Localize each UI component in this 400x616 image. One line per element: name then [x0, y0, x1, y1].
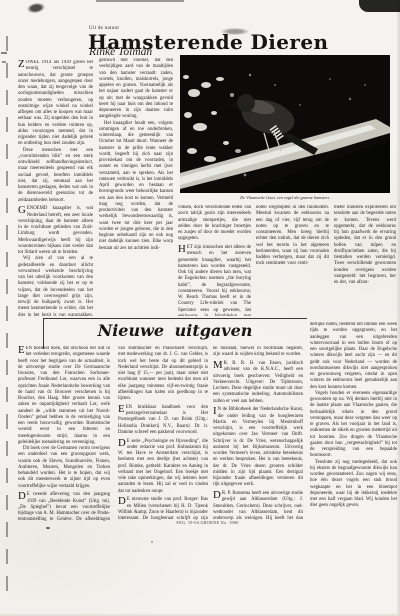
- review-column-a: EEN boeiend boek, dat ofschoon het wat i…: [18, 346, 110, 522]
- review-item: IN de Bibliotheek der Nederlandsche Kuns…: [213, 407, 303, 488]
- review-item: DE nieuwste studie van prof. Borger: Ras…: [118, 497, 208, 522]
- photo-caption: De Vlaamsche Gaai, een vogel die gaarne …: [180, 195, 390, 200]
- paragraph-text: ET zijn intusschen niet alleen de mensch…: [178, 245, 251, 316]
- paragraph: noten wegstopten in den tuinbodem. Meest…: [256, 205, 329, 268]
- paragraph-text: E tweede aflevering van den jaargang 193…: [18, 492, 110, 522]
- paragraph: GENOEMD knaagdier is, wat Nederland betr…: [18, 206, 93, 256]
- paragraph-text: EN bruikbaar handboek voor den postzegel…: [118, 405, 208, 435]
- review-item: DE serie „Psychologie en Opvoeding”, die…: [118, 439, 208, 495]
- article-column-3: viduen, doch verschillende leden van zoo…: [178, 205, 251, 316]
- scan-tick: [2, 61, 6, 63]
- paragraph-text: N de Bibliotheek der Nederlandsche Kunst…: [213, 407, 303, 487]
- newspaper-page: Uit de natuur Hamsterende Dieren Rinke T…: [0, 0, 400, 616]
- review-item: DE tweede aflevering van den jaargang 19…: [18, 492, 110, 522]
- dropcap: E: [18, 346, 26, 356]
- dropcap: G: [18, 206, 27, 216]
- review-item: MR. R. R. H. van Essen, juridisch advise…: [213, 361, 303, 405]
- article-column-5: meter moesten exploreeren om tenslotte a…: [334, 205, 396, 316]
- dropcap: M: [213, 361, 224, 371]
- paragraph-text: E nieuwste studie van prof. Borger: Ras …: [118, 497, 208, 522]
- paragraph: Vogels houden er eveneens eigenaardige g…: [310, 391, 397, 460]
- dropcap: D: [18, 492, 27, 502]
- jay-photo: [180, 55, 390, 193]
- paragraph-text: R. P. Bonsema heeft een uitvoerige studi…: [213, 491, 303, 522]
- review-column-b: van Hammacher en Plasschaert verschijnt,…: [118, 346, 208, 522]
- paragraph: Dit boek over de Germanen vormt overigen…: [18, 446, 110, 490]
- dropcap: D: [118, 439, 127, 449]
- dropcap: D: [118, 497, 127, 507]
- paragraph: Tenslotte zij nog medegedeeld, dat ook b…: [310, 460, 397, 510]
- section-rule-horizontal: [43, 318, 307, 319]
- paragraph: van Hammacher en Plasschaert verschijnt,…: [118, 346, 208, 402]
- paragraph: gestuwd met voedsel, dat den veelzijdige…: [99, 58, 173, 121]
- scan-edge-shadow: [396, 0, 400, 616]
- review-item: DR. P. Bonsema heeft een uitvoerige stud…: [213, 491, 303, 522]
- review-column-c: en misdaad, hoewel in hoofdzaak negatief…: [213, 346, 303, 522]
- scan-smudge: [96, 0, 184, 2]
- scan-fold-line: [6, 36, 8, 594]
- paragraph-text: E serie „Psychologie en Opvoeding”, die …: [118, 439, 208, 494]
- paragraph: Het knaagdier houdt een, volgens sommige…: [99, 121, 173, 252]
- review-item: EEN boeiend boek, dat ofschoon het wat i…: [18, 346, 110, 446]
- dropcap: H: [178, 245, 187, 255]
- paragraph-text: EN boeiend boek, dat ofschoon het wat in…: [18, 346, 110, 445]
- section-title-nieuwe-uitgaven: Nieuwe uitgaven: [43, 321, 307, 340]
- paragraph: meter moesten exploreeren om tenslotte a…: [334, 205, 396, 286]
- dropcap: E: [118, 405, 126, 415]
- page-footer: PAG. 19-04 GROENE No. 1960: [145, 520, 270, 525]
- scan-corner-blot: [359, 0, 400, 12]
- paragraph: Wij zien af van een al te gedetailleerde…: [18, 256, 93, 316]
- scan-tick: [1, 52, 7, 54]
- paragraph: derlijke noten, bestemd om binnen een we…: [310, 322, 397, 391]
- dropcap: D: [213, 491, 222, 501]
- scan-smudge: [26, 2, 45, 15]
- paragraph-text: ENOEMD knaagdier is, wat Nederland betre…: [18, 206, 93, 255]
- article-column-4: noten wegstopten in den tuinbodem. Meest…: [256, 205, 329, 316]
- scan-speck: [46, 527, 50, 529]
- dropcap: Z: [18, 60, 26, 70]
- paragraph: ZOWEL 1914 als 1939 gaven het treurig ve…: [18, 60, 93, 148]
- article-column-2: gestuwd met voedsel, dat den veelzijdige…: [99, 58, 173, 316]
- paragraph-text: R. R. R. H. van Essen, juridisch adviseu…: [213, 361, 303, 404]
- paragraph-text: OWEL 1914 als 1939 gaven het treurig ver…: [18, 60, 93, 146]
- byline: Rinke Tolman: [89, 46, 152, 58]
- paragraph: HET zijn intusschen niet alleen de mensc…: [178, 245, 251, 316]
- article-column-1: ZOWEL 1914 als 1939 gaven het treurig ve…: [18, 60, 93, 316]
- paragraph: viduen, doch verschillende leden van zoo…: [178, 205, 251, 243]
- paragraph: Deze menschen met een „vooruitzienden bl…: [18, 148, 93, 204]
- review-item: EEN bruikbaar handboek voor den postzege…: [118, 405, 208, 436]
- article-column-6: derlijke noten, bestemd om binnen een we…: [310, 322, 397, 518]
- paragraph: en misdaad, hoewel in hoofdzaak negatief…: [213, 346, 303, 359]
- scan-speck: [151, 541, 153, 543]
